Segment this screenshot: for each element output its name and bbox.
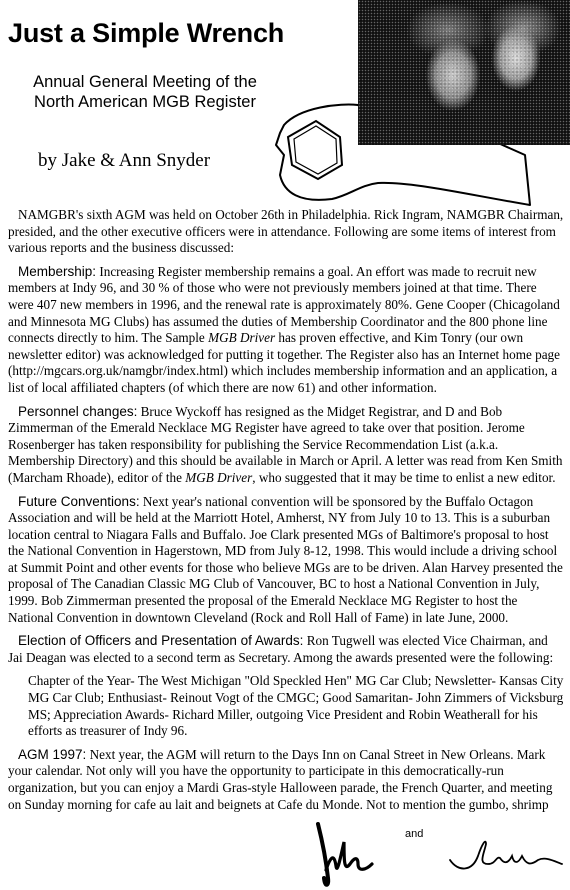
signature-ann — [450, 842, 562, 869]
agm1997-paragraph: AGM 1997: Next year, the AGM will return… — [8, 747, 564, 813]
membership-paragraph: Membership: Increasing Register membersh… — [8, 264, 564, 397]
election-heading: Election of Officers and Presentation of… — [18, 633, 303, 648]
subtitle-line-2: North American MGB Register — [10, 92, 280, 112]
article-body: NAMGBR's sixth AGM was held on October 2… — [8, 207, 564, 820]
article-title: Just a Simple Wrench — [8, 18, 284, 49]
publication-title: MGB Driver — [208, 330, 275, 345]
personnel-heading: Personnel changes: — [18, 404, 137, 419]
signature-graphic — [300, 820, 570, 890]
conventions-heading: Future Conventions: — [18, 494, 140, 509]
personnel-paragraph: Personnel changes: Bruce Wyckoff has res… — [8, 404, 564, 487]
publication-title: MGB Driver — [185, 470, 252, 485]
conventions-paragraph: Future Conventions: Next year's national… — [8, 494, 564, 627]
signature-and: and — [405, 828, 423, 840]
subtitle-line-1: Annual General Meeting of the — [10, 72, 280, 92]
membership-heading: Membership: — [18, 264, 96, 279]
awards-paragraph: Chapter of the Year- The West Michigan "… — [28, 673, 564, 739]
author-photo — [358, 0, 570, 145]
election-paragraph: Election of Officers and Presentation of… — [8, 633, 564, 666]
byline: by Jake & Ann Snyder — [38, 150, 210, 172]
intro-paragraph: NAMGBR's sixth AGM was held on October 2… — [8, 207, 564, 257]
article-subtitle: Annual General Meeting of the North Amer… — [10, 72, 280, 112]
agm1997-heading: AGM 1997: — [18, 747, 86, 762]
signature-jake — [318, 824, 328, 885]
